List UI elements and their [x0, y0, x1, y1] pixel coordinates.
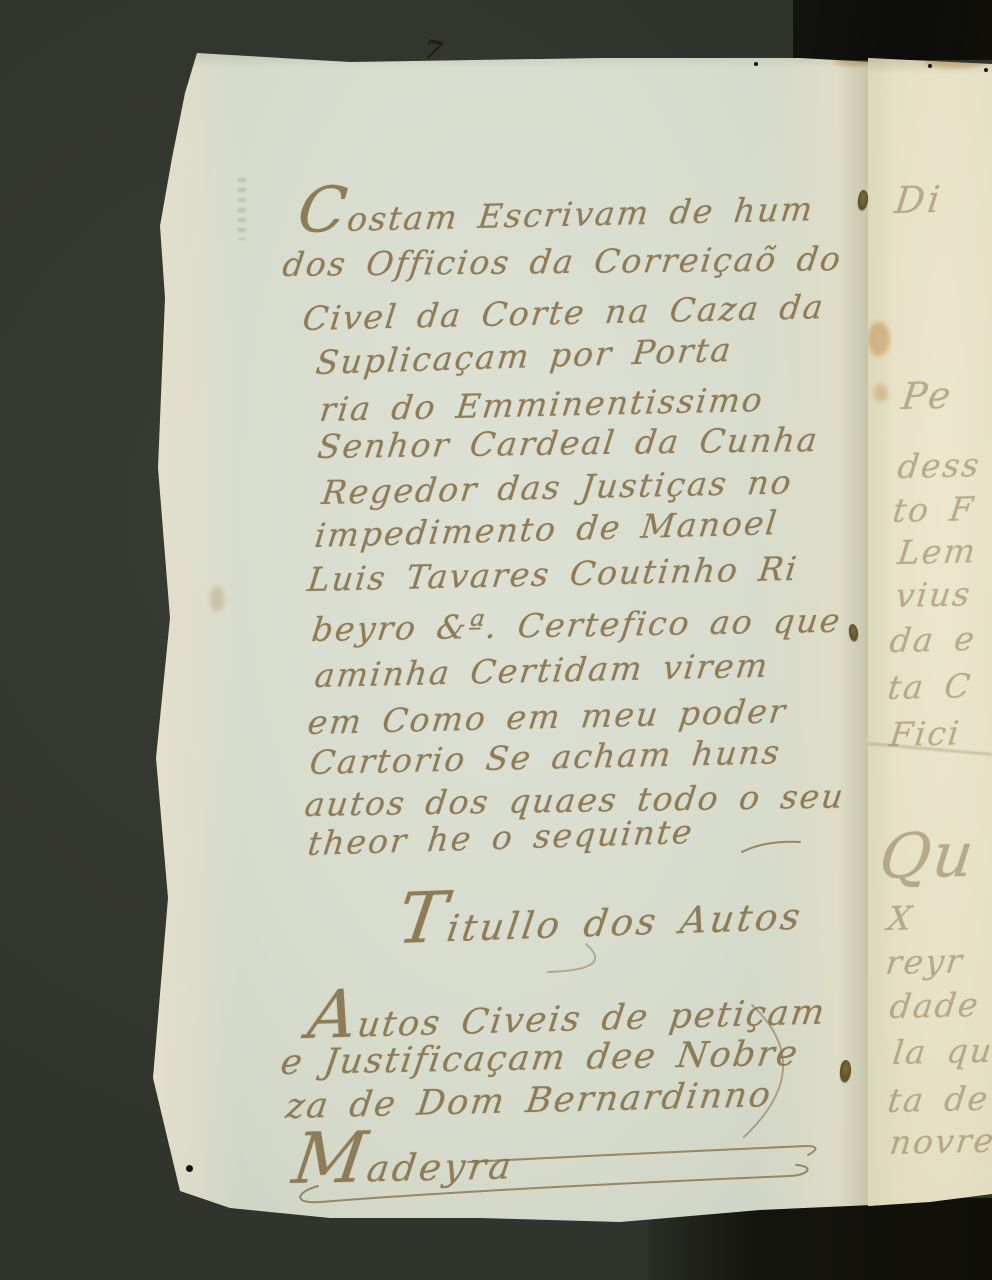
manuscript-line: impedimento de Manoel	[313, 506, 780, 552]
wormhole	[754, 62, 758, 66]
wormhole	[186, 1165, 193, 1172]
manuscript-fragment: reyr	[884, 944, 966, 979]
manuscript-fragment: Pe	[900, 377, 956, 415]
manuscript-fragment: ta de	[886, 1082, 991, 1117]
black-backing-panel-top	[793, 0, 992, 60]
flourish-stroke	[742, 842, 800, 852]
manuscript-line: Cartorio Se acham huns	[308, 735, 783, 779]
manuscript-fragment: Fici	[888, 716, 963, 751]
manuscript-fragment: Qu	[876, 824, 978, 888]
manuscript-line: Senhor Cardeal da Cunha	[316, 423, 821, 463]
manuscript-fragment: Di	[893, 181, 945, 219]
manuscript-line: em Como em meu poder	[306, 694, 789, 739]
manuscript-line: ria do Emminentissimo	[318, 383, 766, 426]
manuscript-line: theor he o sequinte	[306, 815, 695, 860]
manuscript-fragment: to F	[891, 492, 977, 527]
title-line: e Justificaçam dee Nobre	[279, 1037, 802, 1081]
manuscript-line: Civel da Corte na Caza da	[301, 290, 827, 335]
title-line: Madeyra	[289, 1133, 518, 1189]
manuscript-line: aminha Certidam virem	[313, 649, 771, 692]
manuscript-line: beyro &ª. Certefico ao que	[310, 604, 844, 646]
stain	[874, 384, 888, 402]
manuscript-fragment: dess	[896, 448, 983, 483]
margin-annotation	[238, 178, 246, 240]
wormhole	[928, 64, 932, 68]
flourish-stroke	[468, 1146, 816, 1162]
manuscript-fragment: vius	[894, 577, 973, 612]
left-page: Costam Escrivam de hum dos Officios da C…	[150, 46, 872, 1236]
right-page: Di Pe dess to F Lem vius da e ta C Fici …	[868, 54, 992, 1210]
flourish-stroke	[548, 944, 595, 972]
manuscript-fragment: X	[886, 901, 915, 935]
manuscript-photo: { "photo": { "background_color": "#31342…	[0, 0, 992, 1280]
manuscript-fragment: Lem	[896, 534, 979, 569]
manuscript-line: Suplicaçam por Porta	[314, 333, 734, 379]
wormhole	[984, 68, 988, 72]
manuscript-fragment: ta C	[886, 669, 974, 704]
manuscript-line: Costam Escrivam de hum	[295, 180, 817, 237]
manuscript-line: Regedor das Justiças no	[320, 465, 795, 509]
manuscript-fragment: dade	[888, 988, 982, 1023]
manuscript-fragment: da e	[888, 622, 978, 657]
manuscript-fragment: la qu	[891, 1034, 992, 1069]
manuscript-fragment: novre	[888, 1124, 992, 1159]
stain	[868, 322, 890, 356]
manuscript-line: Luis Tavares Coutinho Ri	[306, 552, 800, 596]
section-heading: Titullo dos Autos	[394, 884, 807, 949]
stain	[210, 586, 224, 612]
manuscript-line: dos Officios da Correiçaõ do	[281, 242, 844, 281]
